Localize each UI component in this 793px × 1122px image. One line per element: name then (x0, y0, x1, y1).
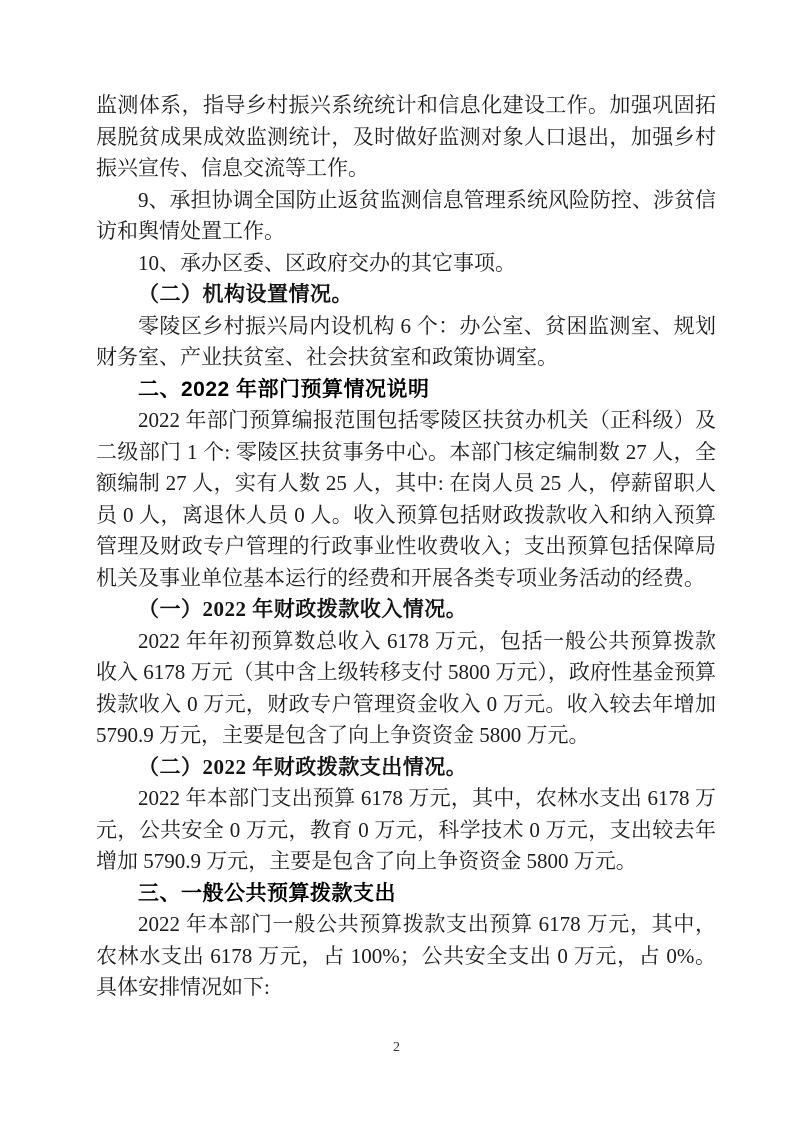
body-paragraph: 2022 年年初预算数总收入 6178 万元，包括一般公共预算拨款收入 6178… (96, 626, 716, 752)
section-heading: 三、一般公共预算拨款支出 (96, 878, 716, 910)
document-content: 监测体系，指导乡村振兴系统统计和信息化建设工作。加强巩固拓展脱贫成果成效监测统计… (96, 90, 716, 1004)
section-heading: 二、2022 年部门预算情况说明 (96, 374, 716, 406)
sub-section-heading: （二）2022 年财政拨款支出情况。 (96, 752, 716, 784)
body-paragraph-continuation: 监测体系，指导乡村振兴系统统计和信息化建设工作。加强巩固拓展脱贫成果成效监测统计… (96, 90, 716, 185)
sub-section-heading: （一）2022 年财政拨款收入情况。 (96, 594, 716, 626)
page-footer: 2 (0, 1040, 793, 1056)
body-paragraph: 2022 年本部门支出预算 6178 万元，其中，农林水支出 6178 万元，公… (96, 783, 716, 878)
body-paragraph: 9、承担协调全国防止返贫监测信息管理系统风险防控、涉贫信访和舆情处置工作。 (96, 185, 716, 248)
page-number: 2 (393, 1040, 400, 1055)
sub-section-heading: （二）机构设置情况。 (96, 279, 716, 311)
body-paragraph: 2022 年部门预算编报范围包括零陵区扶贫办机关（正科级）及二级部门 1 个: … (96, 405, 716, 594)
document-page: 监测体系，指导乡村振兴系统统计和信息化建设工作。加强巩固拓展脱贫成果成效监测统计… (0, 0, 793, 1122)
body-paragraph: 2022 年本部门一般公共预算拨款支出预算 6178 万元，其中，农林水支出 6… (96, 909, 716, 1004)
body-paragraph: 零陵区乡村振兴局内设机构 6 个：办公室、贫困监测室、规划财务室、产业扶贫室、社… (96, 311, 716, 374)
body-paragraph: 10、承办区委、区政府交办的其它事项。 (96, 248, 716, 280)
